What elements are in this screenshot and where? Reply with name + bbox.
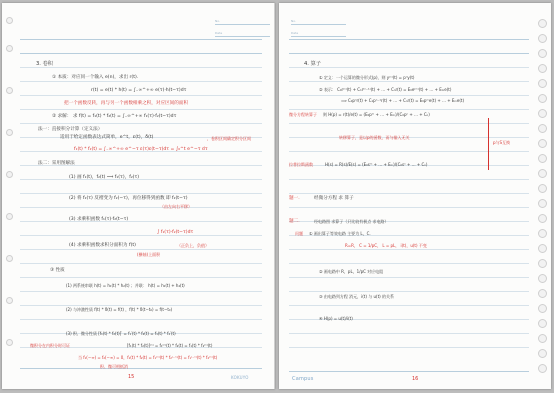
annotation-red: 微分方程转算子 [289,113,317,117]
binder-hole [538,334,547,343]
right-page: No. Date [279,3,551,389]
rule-line [20,263,262,264]
rule-line [289,39,529,40]
binder-hole [6,17,13,24]
step-line: ③ 由电路列方程 消元，i(t) 与 u(t) 的关系 [319,295,394,299]
binder-hole [538,154,547,163]
step-line: (3) 求乘积函数 f₁(τ)·f₂(t−τ) [69,218,128,223]
rule-line [289,249,529,250]
rule-line [20,95,262,96]
step-line: ① 画出算子等效电路 主要为 L，C. [309,232,371,236]
formula-red: ∫ f₁(τ)·f₂(t−τ)dτ [157,231,193,236]
rule-line [20,207,262,208]
rule-line [20,193,262,194]
rule-line [20,81,262,82]
annotation-red: (横轴)上面积 [137,253,160,257]
binder-hole [538,319,547,328]
formula-line: ⟹ C₀pⁿr(t) + C₁pⁿ⁻¹r(t) + … + Cₙr(t) = E… [341,99,464,103]
annotation-red: ，卷积区间确定积分区间 [207,137,251,141]
date-line [215,36,270,37]
binder-hole [6,171,13,178]
formula-line: r(t) = e(t) * h(t) = ∫₋∞^+∞ e(τ)·h(t−τ)d… [91,89,186,94]
rule-line [289,53,529,54]
step-line: (4) 求乘积函数求积分面积为 f(t) [69,244,136,249]
section-title: 4. 算子 [304,62,321,67]
rule-line [289,67,529,68]
property-line: (2) 与冲激性质 f(t) * δ(t) = f(t) ，f(t) * δ(t… [66,308,172,312]
rule-line [289,347,529,348]
step-line: (1) 画 f₁(t)，f₂(t) ⟹ f₁(τ)，f₂(τ) [69,176,139,181]
rule-line [289,95,529,96]
property-line: (3) 积、微分性质 [f₁(t) * f₂(t)]′ = f₁′(t) * f… [66,332,176,336]
rule-line [289,305,529,306]
no-line [291,24,346,25]
binder-hole [538,364,547,373]
binder-hole [538,199,547,208]
rule-line [20,277,262,278]
binder-hole [538,79,547,88]
binder-hole [538,49,547,58]
binder-hole [6,87,13,94]
rule-line [289,333,529,334]
rule-line [289,371,529,372]
rule-line [289,123,529,124]
note-line: ② 表示： C₀r⁽ⁿ⁾(t) + C₁r⁽ⁿ⁻¹⁾(t) + … + Cₙr(… [319,88,451,92]
annotation-red: 把一个函数反转，再与另一个函数相乘之积，对应区间的面积 [64,102,188,107]
annotation-red: （由左向右平移） [160,205,192,209]
note-line: ① 定义：一个运算的微分形式(p)，则 y⁽ⁿ⁾(t) = pⁿy(t) [319,76,415,80]
problem-label: 题一. [289,197,300,202]
page-number: 16 [412,376,418,382]
rule-line [20,235,262,236]
rule-line [289,109,529,110]
brace-bracket [488,118,489,170]
annotation-red: R=R， C = 1/pC， L = pL， i(t)，u(t) 不变 [345,244,427,248]
subsection-heading: ③ 性质 [50,269,65,274]
rule-line [20,109,262,110]
method-heading: 法二：采用图解法 [38,162,75,167]
annotation-red: 转移算子，是以p的函数，而与输入无关 [339,136,410,140]
rule-line [20,221,262,222]
binder-hole [538,289,547,298]
rule-line [20,368,262,369]
rule-line [20,291,262,292]
binder-hole [6,213,13,220]
section-title: 3. 卷积 [36,62,53,67]
binder-hole [6,45,13,52]
binder-hole [538,94,547,103]
problem-label: 问题 [295,232,303,236]
binder-hole [6,255,13,262]
rule-line [20,39,262,40]
property-line: [f₁(t) * f₂(t)]⁽ⁿ⁾ = f₁⁽ⁿ⁾(t) * f₂(t) = … [127,344,212,348]
binder-hole [538,274,547,283]
formula-red: f₁(t) * f₂(t) = ∫₋∞^+∞ e^−τ ε(τ)ε(t−τ)dτ… [74,148,208,153]
note-line: 适用于给定函数表达式简单，e^t，ε(t)，δ(t) [60,136,153,141]
problem-text: 经电路图 求算子（只比较有极点 求电路） [314,220,389,224]
left-page: No. Date 3. 卷积 [2,3,275,389]
property-line: (1) 两系统串联 h(t) = h₁(t) * h₂(t) ；并联： h(t)… [66,284,185,288]
rule-line [20,179,262,180]
rule-line [289,151,529,152]
step-line: (2) 将 f₂(τ) 反褶变为 f₂(−τ)，再位移得到函数 即 f₂(t−τ… [69,197,188,202]
binder-hole [538,229,547,238]
no-line [215,24,270,25]
step-line: ④ H(p) = u(t)/i(t) [319,317,353,321]
date-label: Date [291,31,298,35]
rule-line [289,81,529,82]
problem-text: 经微分方程 求 算子 [314,197,354,202]
note-line: ② 求解： 求 f(t) = f₁(t) * f₂(t) = ∫₋∞^+∞ f₁… [52,115,176,120]
binder-hole [538,124,547,133]
rule-line [289,263,529,264]
step-line: ② 画电路中 R，pL，1/pC 对应电阻 [319,270,383,274]
rule-line [289,193,529,194]
binder-hole [6,297,13,304]
annotation-red: 拉普拉斯函数 [289,163,313,167]
no-label: No. [215,19,220,23]
rule-line [289,291,529,292]
date-label: Date [215,31,222,35]
rule-line [20,123,262,124]
binder-hole [538,244,547,253]
problem-label: 题二. [289,220,300,225]
formula-line: 则 H(p) = r(t)/e(t) = (E₀pᵐ + … + Eₘ)/(C₀… [323,113,430,117]
no-label: No. [291,19,296,23]
note-line: ① 本质：对应同一个输入 e(n)，求出 r(t). [52,76,138,81]
binder-hole [538,19,547,28]
rule-line [289,277,529,278]
binder-hole [538,109,547,118]
binder-hole [538,64,547,73]
rule-line [20,305,262,306]
annotation-red: 积、微可相抵消 [100,365,128,369]
binder-hole [6,129,13,136]
date-line [291,36,346,37]
brand-logo: KOKUYO [231,375,249,380]
annotation-red: 当 f₁(−∞) = f₂(−∞) = 0，f₁(t) * f₂(t) = f₁… [78,356,217,360]
rule-line [289,179,529,180]
binder-hole [538,184,547,193]
rule-line [20,67,262,68]
binder-hole [538,259,547,268]
binder-hole [538,214,547,223]
binder-hole [538,169,547,178]
binder-hole [6,339,13,346]
binder-hole [538,304,547,313]
binder-hole [538,139,547,148]
formula-line: H(s) = R(s)/E(s) = (E₀sᵐ + … + Eₘ)/(C₀sⁿ… [325,163,427,167]
rule-line [20,53,262,54]
method-heading: 法一：直接积分计算（定义法） [38,128,102,133]
annotation-red: p与S互换 [493,141,510,145]
page-number: 15 [128,374,134,380]
binder-hole [538,349,547,358]
rule-line [20,319,262,320]
annotation-red: （正负上，负值） [177,244,209,248]
rule-line [20,249,262,250]
binder-hole [538,34,547,43]
brand-logo: Campus [292,376,314,382]
annotation-red: 微积分在内积分时可证 [30,344,70,348]
notebook-spread: No. Date 3. 卷积 [0,0,554,393]
rule-line [289,207,529,208]
